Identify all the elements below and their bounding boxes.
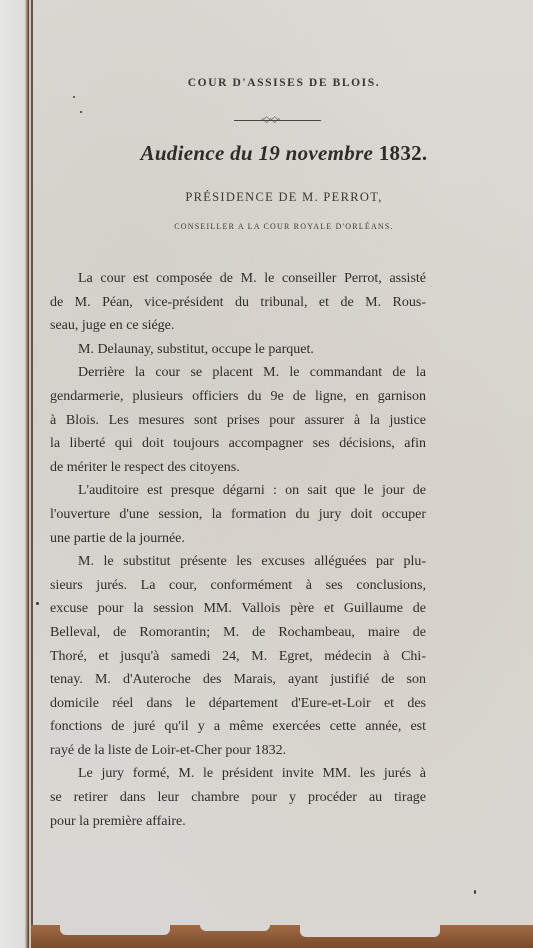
text-line: Thoré, et jusqu'à samedi 24, M. Egret, m… [22,645,426,669]
paragraph-5: M. le substitut présente les excuses all… [50,550,426,762]
text-line: M. le substitut présente les excuses all… [50,550,426,574]
text-line: se retirer dans leur chambre pour y proc… [22,786,426,810]
ornamental-rule: ◦◇◦◇◦ [33,116,533,126]
audience-date: Audience du 19 novembre [141,141,379,165]
text-line: M. Delaunay, substitut, occupe le parque… [50,338,426,362]
text-line: domicile réel dans le département d'Eure… [22,692,426,716]
audience-year: 1832. [379,141,428,165]
text-line: une partie de la journée. [22,527,426,551]
text-line: Le jury formé, M. le président invite MM… [50,762,426,786]
text-line: fonctions de juré qu'il y a même exercée… [22,715,426,739]
audience-title: Audience du 19 novembre 1832. [33,141,533,166]
paper-speck [474,890,476,894]
text-line: la liberté qui doit toujours accompagner… [22,432,426,456]
text-line: gendarmerie, plusieurs officiers du 9e d… [22,385,426,409]
paper-speck [73,96,75,98]
paragraph-2: M. Delaunay, substitut, occupe le parque… [50,338,426,362]
text-line: seau, juge en ce siége. [22,314,426,338]
conseiller-line: CONSEILLER A LA COUR ROYALE D'ORLÉANS. [33,222,533,231]
page-torn-edge [300,925,440,937]
text-line: de mériter le respect des citoyens. [22,456,426,480]
rule-ornament-icon: ◦◇◦◇◦ [261,114,279,125]
text-line: Derrière la cour se placent M. le comman… [50,361,426,385]
text-line: Belleval, de Romorantin; M. de Rochambea… [22,621,426,645]
margin-dot [36,602,39,605]
text-line: l'ouverture d'une session, la formation … [22,503,426,527]
text-line: La cour est composée de M. le conseiller… [50,267,426,291]
presidence-line: PRÉSIDENCE DE M. PERROT, [33,190,533,205]
court-heading: COUR D'ASSISES DE BLOIS. [33,77,533,89]
text-line: rayé de la liste de Loir-et-Cher pour 18… [22,739,426,763]
text-line: tenay. M. d'Auteroche des Marais, ayant … [22,668,426,692]
page-torn-edge [60,925,170,935]
text-line: de M. Péan, vice-président du tribunal, … [22,291,426,315]
document-body: La cour est composée de M. le conseiller… [50,267,426,833]
text-line: L'auditoire est presque dégarni : on sai… [50,479,426,503]
paragraph-6: Le jury formé, M. le président invite MM… [50,762,426,833]
text-line: pour la première affaire. [22,810,426,834]
text-line: sieurs jurés. La cour, conformément à se… [22,574,426,598]
paragraph-3: Derrière la cour se placent M. le comman… [50,361,426,479]
paragraph-4: L'auditoire est presque dégarni : on sai… [50,479,426,550]
paragraph-1: La cour est composée de M. le conseiller… [50,267,426,338]
text-line: à Blois. Les mesures sont prises pour as… [22,409,426,433]
paper-speck [80,111,82,113]
page-torn-edge [200,925,270,931]
text-line: excuse pour la session MM. Vallois père … [22,597,426,621]
